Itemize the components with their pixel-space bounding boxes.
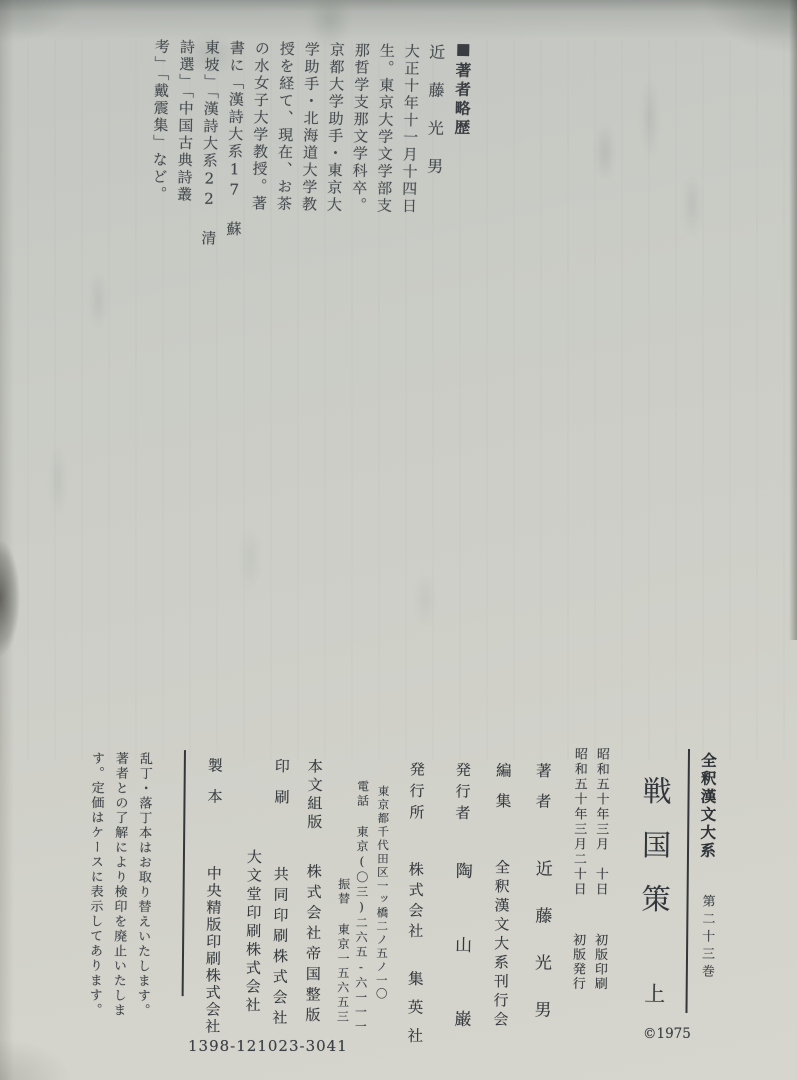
notice-column: す。定価はケースに表示してあります。 (89, 751, 106, 1018)
notice-columns: 乱丁・落丁本はお取り替えいたします。著者との了解により検印を廃止いたします。定価… (89, 751, 154, 1018)
editor-label: 編集 (491, 762, 514, 823)
editor-name: 全釈漢文大系刊行会 (490, 859, 513, 1030)
book-colophon-page-photo: ■著者略歴 近藤光男大正十年十一月十四日生。東京大学文学部支那哲学支那文学科卒。… (0, 0, 797, 1080)
publisher-name: 陶山巌 (448, 861, 475, 1080)
printing-date-label: 初版印刷 (590, 933, 610, 991)
series-title: 全釈漢文大系 (696, 752, 719, 860)
publisher-address: 東京都千代田区一ッ橋二ノ五ノ一〇 (374, 785, 392, 1001)
binding-label: 製本 (204, 757, 226, 819)
copyright-notice: ©1975 (643, 1026, 691, 1042)
author-row: 著者 近藤光男 (528, 762, 556, 1047)
notice-column: 乱丁・落丁本はお取り替えいたします。 (137, 752, 154, 1019)
notice-column: 著者との了解により検印を廃止いたしま (113, 751, 130, 1018)
colophon-right-rule (685, 749, 690, 1013)
author-name: 近藤光男 (528, 859, 555, 1047)
printing-row: 印刷 共同印刷株式会社 (269, 758, 293, 1030)
printing-date-column: 昭和五十年三月 十日 初版印刷 (590, 747, 611, 991)
publishing-house-label: 発行所 (406, 761, 428, 826)
printing-company-1: 共同印刷株式会社 (269, 866, 292, 1030)
printing-date: 昭和五十年三月 十日 (591, 747, 611, 897)
publishing-house-name: 集英社 (403, 970, 426, 1056)
publishing-house-row: 発行所 株式会社 集英社 (403, 761, 428, 1055)
publisher-label: 発行者 (452, 762, 474, 827)
author-label: 著者 (531, 762, 554, 823)
typesetting-row: 本文組版 株式会社帝国整版 (302, 758, 326, 1027)
publisher-phone: 電話 東京(〇三)二六五-六一一一 (352, 780, 371, 1035)
colophon: 全釈漢文大系 第二十三巻 戦国策 上 昭和五十年三月 十日 初版印刷 昭和五十年… (0, 0, 797, 1080)
postal-transfer: 振替 東京一五六五三 (334, 878, 352, 1025)
publication-date-label: 初版発行 (568, 933, 588, 991)
editor-row: 編集 全釈漢文大系刊行会 (489, 762, 514, 1030)
publisher-row: 発行者 陶山巌 (448, 762, 476, 1080)
series-volume: 第二十三巻 (697, 894, 717, 982)
typesetting-label: 本文組版 (304, 758, 326, 832)
series-column: 全釈漢文大系 第二十三巻 (695, 752, 719, 982)
book-volume-label: 上 (639, 983, 669, 1004)
book-code: 1398-121023-3041 (188, 1037, 348, 1055)
binding-company: 中央精版印刷株式会社 (202, 865, 225, 1035)
publication-date-column: 昭和五十年三月二十日 初版発行 (568, 747, 589, 991)
colophon-left-rule (182, 750, 186, 996)
printing-label: 印刷 (271, 758, 293, 820)
printing-company-2: 大文堂印刷株式会社 (242, 849, 265, 1016)
book-title-column: 戦国策 上 (634, 775, 677, 1003)
typesetting-company: 株式会社帝国整版 (302, 863, 325, 1027)
binding-row: 製本 中央精版印刷株式会社 (202, 757, 226, 1035)
book-title: 戦国策 (634, 775, 677, 937)
publication-date: 昭和五十年三月二十日 (569, 747, 589, 897)
publishing-house-prefix: 株式会社 (405, 861, 427, 943)
